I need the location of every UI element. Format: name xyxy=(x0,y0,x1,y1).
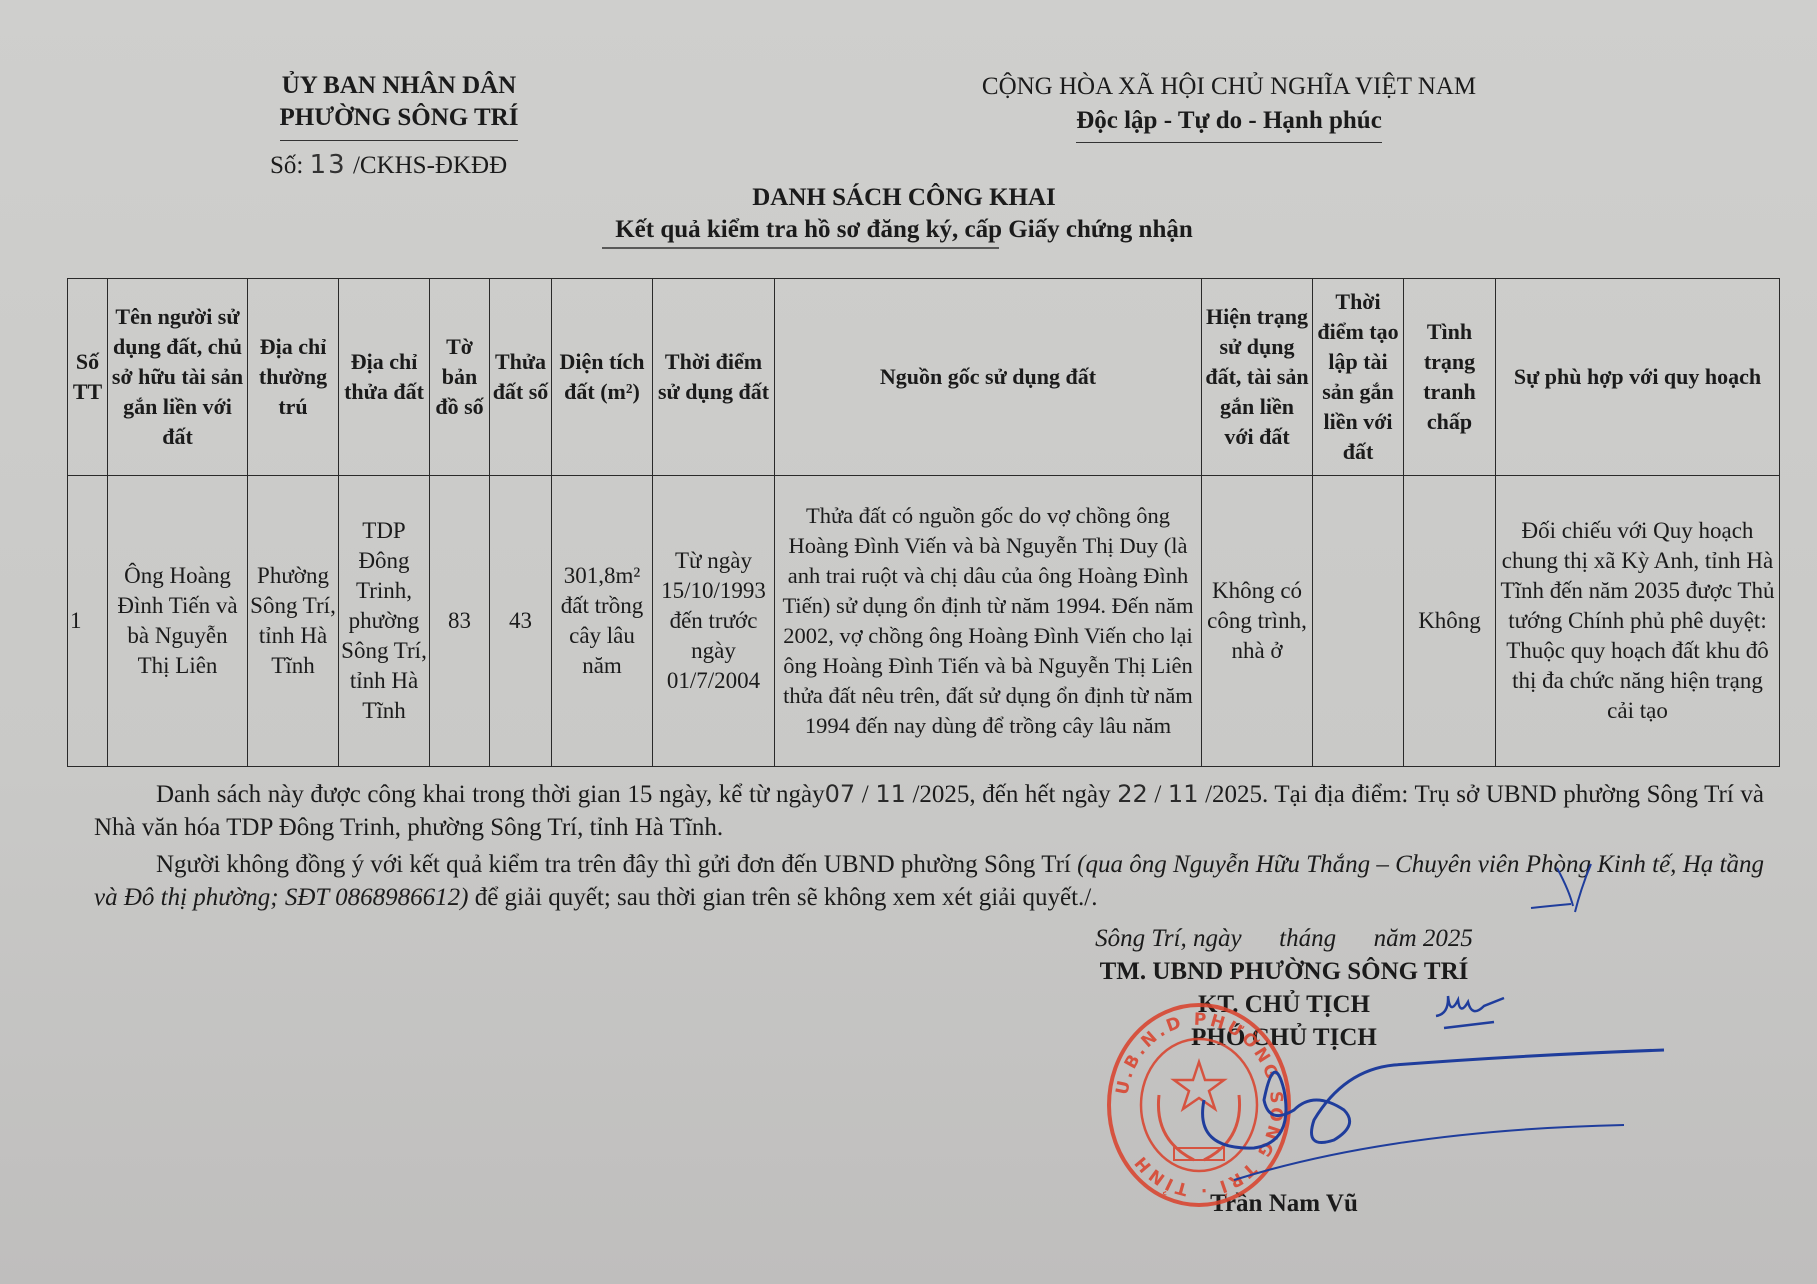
authority-line2: PHƯỜNG SÔNG TRÍ xyxy=(280,102,519,141)
col-parcel-no: Thửa đất số xyxy=(490,279,552,476)
doc-no-handwritten: 13 xyxy=(310,150,347,180)
notice-p1-text-b: /2025, đến hết ngày xyxy=(912,781,1110,808)
cell-dispute: Không xyxy=(1404,476,1496,767)
issuing-authority: ỦY BAN NHÂN DÂN PHƯỜNG SÔNG TRÍ xyxy=(234,70,564,141)
doc-no-suffix: /CKHS-ĐKĐĐ xyxy=(353,152,507,179)
public-list-table: Số TT Tên người sử dụng đất, chủ sở hữu … xyxy=(67,278,1780,767)
col-origin: Nguồn gốc sử dụng đất xyxy=(775,279,1202,476)
col-stt: Số TT xyxy=(68,279,108,476)
national-motto: Độc lập - Tự do - Hạnh phúc xyxy=(1076,104,1382,143)
handwritten-signature xyxy=(1194,1030,1674,1190)
signing-date: Sông Trí, ngày tháng năm 2025 xyxy=(1034,922,1534,955)
cell-stt: 1 xyxy=(68,476,108,767)
col-asset-time: Thời điểm tạo lập tài sản gắn liền với đ… xyxy=(1313,279,1404,476)
col-map-sheet: Tờ bản đồ số xyxy=(430,279,490,476)
col-dispute: Tình trạng tranh chấp xyxy=(1404,279,1496,476)
col-current-status: Hiện trạng sử dụng đất, tài sản gắn liền… xyxy=(1202,279,1313,476)
notice-p2-text-a: Người không đồng ý với kết quả kiểm tra … xyxy=(156,851,1071,878)
authority-line1: ỦY BAN NHÂN DÂN xyxy=(234,70,564,102)
cell-asset-time xyxy=(1313,476,1404,767)
doc-no-prefix: Số: xyxy=(270,152,303,179)
col-parcel-address: Địa chỉ thửa đất xyxy=(339,279,430,476)
to-day-handwritten: 22 xyxy=(1117,780,1148,808)
title-main: DANH SÁCH CÔNG KHAI xyxy=(504,182,1304,214)
notice-p1-text-a: Danh sách này được công khai trong thời … xyxy=(156,781,825,808)
document-title: DANH SÁCH CÔNG KHAI Kết quả kiểm tra hồ … xyxy=(504,182,1304,252)
to-month-handwritten: 11 xyxy=(1168,780,1199,808)
from-month-handwritten: 11 xyxy=(875,780,906,808)
document-number: Số: 13 /CKHS-ĐKĐĐ xyxy=(270,150,507,180)
national-heading: CỘNG HÒA XÃ HỘI CHỦ NGHĨA VIỆT NAM Độc l… xyxy=(924,70,1534,143)
initial-checkmark xyxy=(1529,860,1599,915)
cell-current-status: Không có công trình, nhà ở xyxy=(1202,476,1313,767)
cell-map-sheet: 83 xyxy=(430,476,490,767)
table-row: 1 Ông Hoàng Đình Tiến và bà Nguyễn Thị L… xyxy=(68,476,1780,767)
signing-organization: TM. UBND PHƯỜNG SÔNG TRÍ xyxy=(1034,955,1534,988)
cell-origin: Thửa đất có nguồn gốc do vợ chồng ông Ho… xyxy=(775,476,1202,767)
cell-parcel-address: TDP Đông Trinh, phường Sông Trí, tỉnh Hà… xyxy=(339,476,430,767)
document-page: ỦY BAN NHÂN DÂN PHƯỜNG SÔNG TRÍ Số: 13 /… xyxy=(4,0,1817,1284)
cell-residence: Phường Sông Trí, tỉnh Hà Tĩnh xyxy=(248,476,339,767)
national-title: CỘNG HÒA XÃ HỘI CHỦ NGHĨA VIỆT NAM xyxy=(924,70,1534,104)
col-area: Diện tích đất (m²) xyxy=(552,279,653,476)
cell-area: 301,8m² đất trồng cây lâu năm xyxy=(552,476,653,767)
notice-paragraph-2: Người không đồng ý với kết quả kiểm tra … xyxy=(94,848,1764,914)
col-use-time: Thời điểm sử dụng đất xyxy=(653,279,775,476)
col-residence: Địa chỉ thường trú xyxy=(248,279,339,476)
cell-planning: Đối chiếu với Quy hoạch chung thị xã Kỳ … xyxy=(1496,476,1780,767)
cell-use-time: Từ ngày 15/10/1993 đến trước ngày 01/7/2… xyxy=(653,476,775,767)
cell-owner: Ông Hoàng Đình Tiến và bà Nguyễn Thị Liê… xyxy=(108,476,248,767)
title-underline xyxy=(504,246,1304,252)
notice-paragraph-1: Danh sách này được công khai trong thời … xyxy=(94,778,1764,844)
title-sub: Kết quả kiểm tra hồ sơ đăng ký, cấp Giấy… xyxy=(615,214,1193,246)
cell-parcel-no: 43 xyxy=(490,476,552,767)
initial-signature xyxy=(1434,986,1514,1031)
table-header-row: Số TT Tên người sử dụng đất, chủ sở hữu … xyxy=(68,279,1780,476)
col-owner: Tên người sử dụng đất, chủ sở hữu tài sả… xyxy=(108,279,248,476)
notice-p2-text-b: để giải quyết; sau thời gian trên sẽ khô… xyxy=(475,884,1098,911)
from-day-handwritten: 07 xyxy=(825,780,856,808)
col-planning: Sự phù hợp với quy hoạch xyxy=(1496,279,1780,476)
